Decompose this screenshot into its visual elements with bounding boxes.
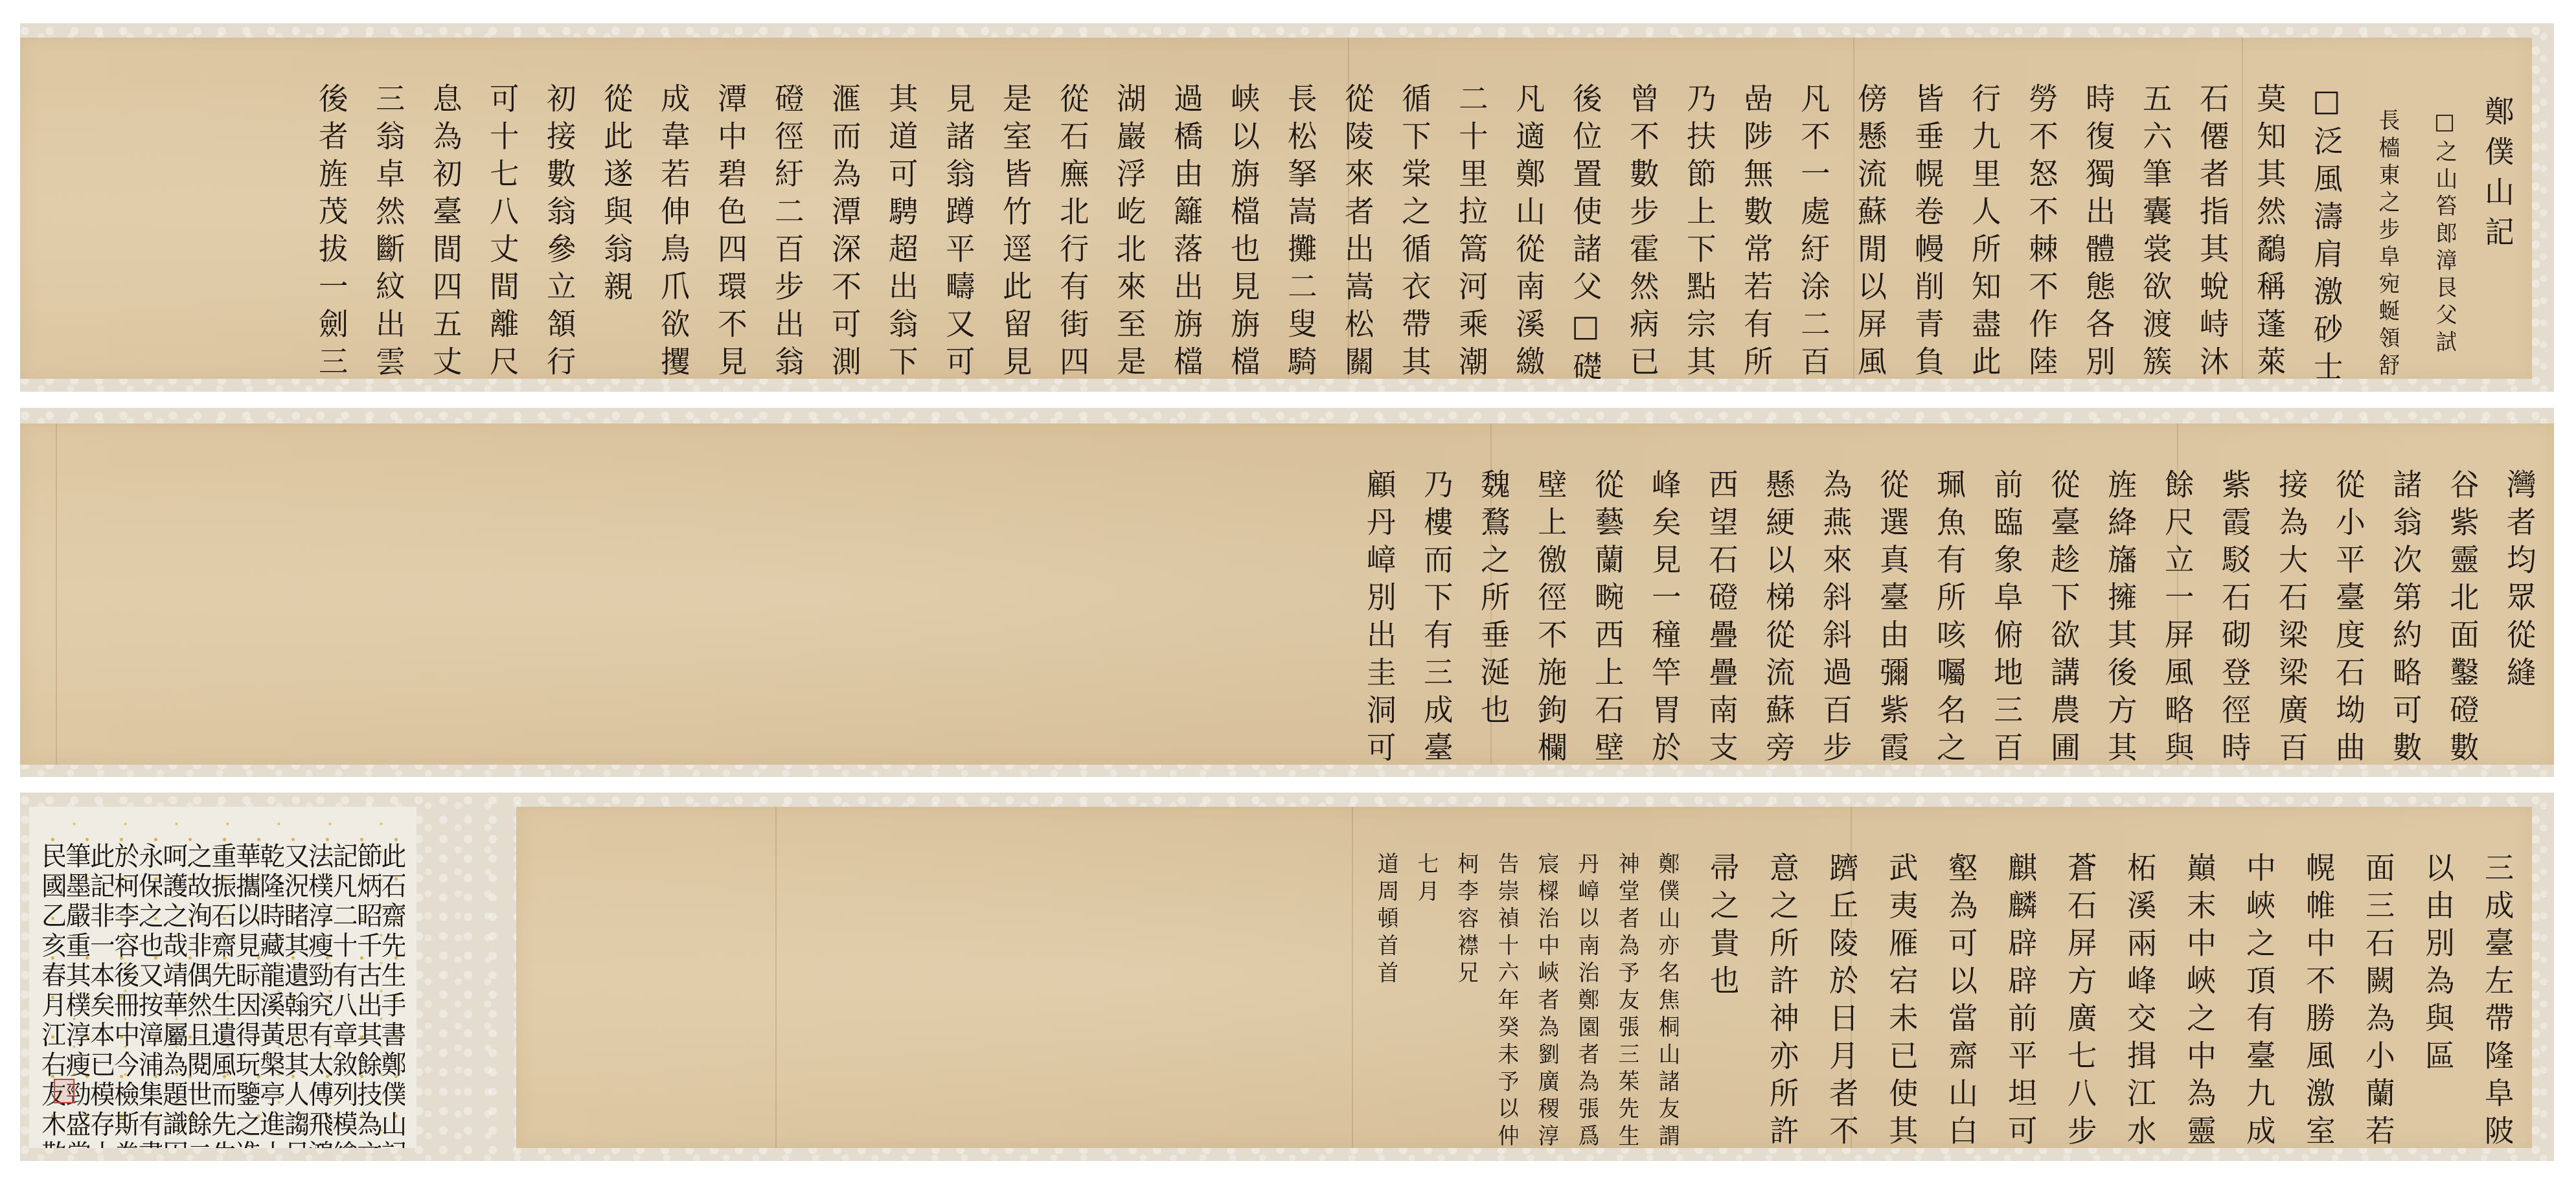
text-column: 循下棠之循衣帶其於若耶適山陰棹數隊 [1373,38,1430,379]
text-column: 從此遂與翁親 [575,38,632,379]
text-column: 麒麟辟辟前平坦可八九丈諸子所為中堂也 [1976,807,2036,1148]
text-column: 呵護之哉靖華屬為題識因書數行歸之冀其家之 [162,807,186,1148]
text-column: 行九里人所知盡此諸翁矣自石僊遮西其山 [1943,38,2000,379]
text-column: 記凡二十有八章敘列模繪奧峭不減柳州小記而其書 [332,807,356,1148]
text-column: 初接數翁參立頷行點首轉睛時舉右袪 [518,38,575,379]
text-column: 息為初臺間四五丈與後隊離可設兩筵 [404,38,461,379]
text-column: 武夷雁宕未已使其讀書皆如此則孰須亢為同賜 [1857,807,1917,1148]
scroll-paper-1: 鄭僕山記 □之山笞郎漳艮父試 長檣東之步阜宛蜒領舒多音蓋蚪 陰北溪 □泛風濤肩激… [20,38,2532,379]
text-column: 長松拏嵩攤二叟騎层脊下數行人者氿 [1259,38,1316,379]
text-column: 湖巖浮屹北來至是渟洄吞吐江潮囊滔 [1088,38,1145,379]
text-column: 旌絳旛擁其後方其左垂櫐尚有二老負貞兵 [2079,423,2136,765]
text-column: 從選真臺由彌紫霞駁若騎列鈌出於雪末 [1851,423,1908,765]
text-column: 三翁卓然斷紋出雲松生其間為前者屏為 [347,38,404,379]
text-columns: 灣者均眾從縫谷紫靈北面鑿磴數十值小平臺南面睎之則諸翁次第約略可數矣從小平臺度石坳… [20,423,2554,765]
text-column: 顧丹嶂別出圭洞可十數步通奇講堂自是 [1338,423,1395,765]
text-column: 時復獨出體態各別其尊者可三十仞植剡拄 [2057,38,2114,379]
text-column: 谷紫靈北面鑿磴數十值小平臺南面睎之則 [2421,423,2478,765]
text-column: 重振石齋先生遺風而先生手蹟適歸其皮藏遇合 [211,807,234,1148]
text-column: 珮魚有所咳囑名之曰選真臺 [1908,423,1965,765]
text-column: 懸綆以梯從流蘇旁下下過藝蘭畹畹三畝下 [1737,423,1794,765]
text-column: 法樸淳瘦勁究有太傅飛鴻舞鶴之風即此已堪珍護 [308,807,332,1148]
text-column: 曾不數步霍然病已爰述其途徑家郤前 [1601,38,1658,379]
text-column: 潭中碧色四環不見溪門迴顧裝裝頂髻 [689,38,746,379]
red-seal [54,1079,74,1103]
text-column: 躋丘陵於日月者不少矣然而游可再步居可再宿 [1797,807,1857,1148]
text-column: 意之所許神亦所許夫猶有懷未忘乎不然何必 [1738,807,1797,1148]
text-column: 又況睹其遺翰思其人謅足以廉頑立懦乎斯慎自清 [284,807,308,1148]
colophon-panel: 此石齋先生手書鄭僕山記真蹟也先生明季名臣大節炳昭千古出其餘技為文章亦稱一代鉅手今… [29,807,416,1148]
text-column: 乃樓而下有三成臺端好庭平左右夾軒宛然並右 [1395,423,1452,765]
text-column: 峰矣見一穜竿胃於嶂端如斗南星 [1623,423,1680,765]
text-column: 節炳昭千古出其餘技為文章亦稱一代鉅手今讀此 [356,807,380,1148]
text-column: 前臨象阜俯地三百尺見諸大人皆立於前垂櫜 [1965,423,2022,765]
text-column: 蒼石屏方廣七八步周中繩墨如人所築畫 [2036,807,2095,1148]
text-column: 幌帷中不勝風激室之中不見衾裯是為中峽 [2274,807,2334,1148]
text-column: 嵒陟無數常若有所失計諸大未出 [1715,38,1772,379]
text-column: 乾隆時藏龍溪黃槃亭進士家世守之勿失進士裔孫靖 [259,807,283,1148]
text-column: 柘溪兩峰交揖江水環之上下安瀾中峽之下有 [2095,807,2155,1148]
text-column: 面三石闕為小蘭若茫是西望兩峰平頂若結 [2334,807,2393,1148]
text-column: 於柯李容後冊中今檢斯卷亦為李容書者知先生書 [113,807,137,1148]
letter-columns: 三成臺左帶隆阜陂陁至於江步中闢小洞以由別為與區面三石闕為小蘭若茫是西望兩峰平頂若… [516,807,2532,1148]
scroll-title: 鄭僕山記 [2456,38,2513,379]
text-column: 壁上徼徑不施鉤欄可緣壁行抵二石樓孫登 [1509,423,1566,765]
text-columns: 鄭僕山記 □之山笞郎漳艮父試 長檣東之步阜宛蜒領舒多音蓋蚪 陰北溪 □泛風濤肩激… [20,38,2532,379]
text-column: 接為大石梁梁廣百尺如香象阜從此躡之拉 [2250,423,2307,765]
text-column: 灣者均眾從縫 [2478,423,2535,765]
text-column: 後者旌茂拔一劍三百餘尺晉圍鐏觚上大適 [290,38,347,379]
text-column: 從石廡北行有街四五十步夾丹石壁下窪平疇 [1031,38,1088,379]
text-column: 此記非一本矣本已模存上石余未得見然先生自謙為 [89,807,113,1148]
text-column: 之故洵非偶然且閱世餘二百年而楮墨如新殆有神物 [187,807,211,1148]
text-column: 過橋由籬落出旃檔下南麈虹梁東對仰 [1145,38,1202,379]
scroll-section-3: 此石齋先生手書鄭僕山記真蹟也先生明季名臣大節炳昭千古出其餘技為文章亦稱一代鉅手今… [20,793,2554,1161]
text-column: 七月 [1397,807,1437,1148]
text-column: 諸翁次第約略可數矣 [2364,423,2421,765]
text-column: 鄭僕山亦名焦桐山諸友謂其骨似鄭僕也故復鄭僕之許以名園自中峽以北治 [1638,807,1678,1148]
text-column: 五六筆囊裳欲渡簇而告語皆昂藏百餘尺 [2114,38,2171,379]
text-column: 為燕來斜斜過百步北瞰丹砂嶂丹砂嶂削壁也 [1794,423,1851,765]
text-column: 後位置使諸父□礎浮命意匠焉 [1544,38,1601,379]
text-column: 柯李容襟兄 [1437,807,1477,1148]
text-column: 道周頓首首 [1357,807,1397,1148]
text-column: 皆垂幌卷幔削青負諸五色把倚下然溜凳 [1886,38,1943,379]
scroll-section-2: 灣者均眾從縫谷紫靈北面鑿磴數十值小平臺南面睎之則諸翁次第約略可數矣從小平臺度石坳… [20,408,2554,777]
text-column: 可十七八丈間離尺許窈窕欲語 [461,38,518,379]
text-column: 宸樑治中峽者為劉廣稷淳柯李容實以堂構爾其餘不具載序中 [1518,807,1558,1148]
text-column: 餘尺立一屏風略與之等丹碧爛然如出汾陽朱 [2136,423,2193,765]
text-column: 此石齋先生手書鄭僕山記真蹟也先生明季名臣大 [381,807,405,1148]
letter-paper: 三成臺左帶隆阜陂陁至於江步中闢小洞以由別為與區面三石闕為小蘭若茫是西望兩峰平頂若… [516,807,2532,1148]
text-column: 從臺趁下欲講農圃坐於晦野 [2022,423,2079,765]
text-column: 見諸翁蹲平疇又可百晦汻坭從之夾以槐柳 [917,38,974,379]
text-column: 凡不一處紆涂二百餘步望之坦然唯見 [1772,38,1829,379]
text-column: 丹嶂以南治鄭園者為張爲之瑞鍾謝爾羽震博唐伯玉闢先張瑛頊樸謝爾夢 [1558,807,1598,1148]
scroll-paper-2: 灣者均眾從縫谷紫靈北面鑿磴數十值小平臺南面睎之則諸翁次第約略可數矣從小平臺度石坳… [20,423,2554,765]
scroll-section-1: 鄭僕山記 □之山笞郎漳艮父試 長檣東之步阜宛蜒領舒多音蓋蚪 陰北溪 □泛風濤肩激… [20,23,2554,392]
text-column: 乃扶節上下點宗其事時循病也目涉足瞬 [1658,38,1715,379]
text-column: 磴徑紆二百步出翁右睥來潭上顧翁影搖 [746,38,803,379]
text-column: 傍懸流蘇閒以屏風曲折捲睽羅遮堂戶 [1829,38,1886,379]
text-column: 莫知其然鷸稱蓬萊峽里人名之曰斥卮 [2228,38,2285,379]
byline: □之山笞郎漳艮父試 [2399,38,2456,379]
text-column: 帚之貴也 [1678,807,1738,1148]
text-column: 從陵來者出嵩松關可十里至津渡由磴 [1316,38,1373,379]
text-column: 滙而為潭深不可測下與溪通未可徑涉緣山有 [803,38,860,379]
text-column: 魏鶩之所垂涎也 [1452,423,1509,765]
text-column: 告崇禎十六年癸未予以仲石囊山中起草紗 [1477,807,1518,1148]
text-column: 從藝蘭畹西上石壁蒼白不作丹砂色下瞰百仞 [1566,423,1623,765]
text-column: 中峽之頂有臺九成每高九尺梯梯齒齒直走 [2215,807,2274,1148]
text-column: 永保之也又按漳浦集有書鄭山帖後一則云此本書 [138,807,162,1148]
text-column: 成韋若伸鳥爪欲攫人背云是巨靈濯纓 [632,38,689,379]
text-column: 石僊者指其蛻峙沐立飄然若登者也石僊下 [2171,38,2228,379]
text-column: 是室皆竹逕此留見諸翁矣 [974,38,1031,379]
text-column: 華攜以見眎因得玩鑒之進士曾摸杖都諱鄭山書院 [235,807,259,1148]
text-column: 從小平臺度石坳曲屈梯攀可百餘步頂踵猿 [2307,423,2364,765]
text-column: 其道可騁超出翁下喜澤促至且至有泉遶之 [860,38,917,379]
text-column: 壑為可以當齋山白岳傍丘玉甑之盛稍推廣之至於 [1917,807,1976,1148]
text-column: 巔末中峽之中為靈喜壇方廣三四丈前 [2155,807,2215,1148]
text-column: 紫霞駁石砌登徑時生蕙香左上一臺方廣十 [2193,423,2250,765]
text-column: 三成臺左帶隆阜陂陁至於江步中闢小洞 [2453,807,2513,1148]
text-column: 西望石磴疊疊南支展旗下捲江門是則不見諸 [1680,423,1737,765]
text-column: 峡以旃檔也見旃檔知其下有棋靈矣 [1202,38,1259,379]
text-column: 二十里拉篙河乘潮上不五六里望江東 [1430,38,1487,379]
text-column: 以由別為與區 [2393,807,2453,1148]
text-column: □泛風濤肩激砂士已汰石骨總出若或為 [2285,38,2342,379]
text-column: 勞不怒不棘不作陸博以隊相命署部而後 [2000,38,2057,379]
text-column: 凡適鄭山從南溪繳舟襆被纍榼駝以清 [1487,38,1544,379]
text-column: 神堂者為予友張三茱先生及許爾縈堅回魏秉河呈晉槐優俟公虬玉邁之寂相 [1598,807,1638,1148]
colophon-columns: 此石齋先生手書鄭僕山記真蹟也先生明季名臣大節炳昭千古出其餘技為文章亦稱一代鉅手今… [29,807,416,1148]
byline: 長檣東之步阜宛蜒領舒多音蓋蚪 陰北溪 [2342,38,2399,379]
